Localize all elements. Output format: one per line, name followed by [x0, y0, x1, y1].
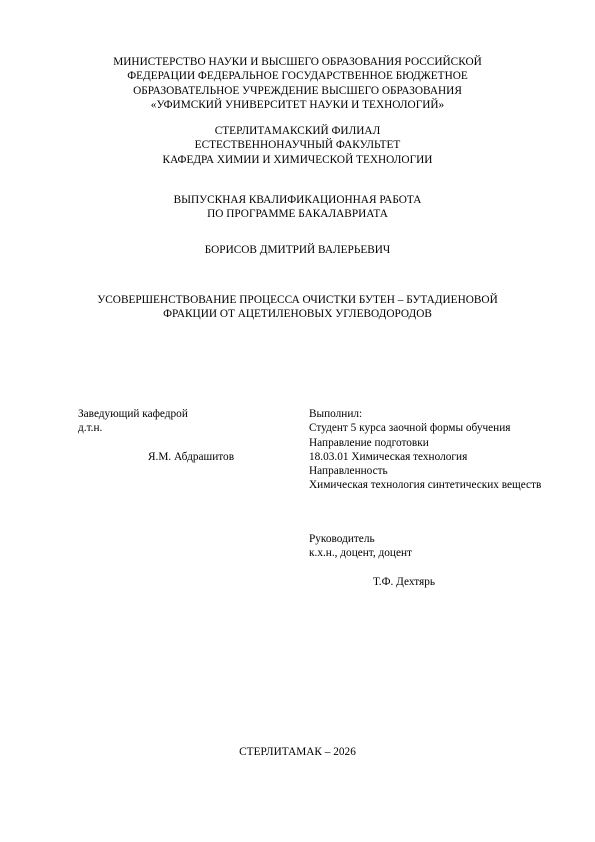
ministry-line: ФЕДЕРАЦИИ ФЕДЕРАЛЬНОЕ ГОСУДАРСТВЕННОЕ БЮ… [0, 69, 595, 83]
performer-line: Направленность [309, 464, 541, 478]
department-line: КАФЕДРА ХИМИИ И ХИМИЧЕСКОЙ ТЕХНОЛОГИИ [0, 153, 595, 167]
head-name-block: Я.М. Абдрашитов [148, 450, 234, 464]
performer-line: 18.03.01 Химическая технология [309, 450, 541, 464]
head-of-department-block: Заведующий кафедрой д.т.н. [78, 407, 188, 436]
work-type-line: ВЫПУСКНАЯ КВАЛИФИКАЦИОННАЯ РАБОТА [0, 193, 595, 207]
head-name: Я.М. Абдрашитов [148, 450, 234, 464]
work-type-line: ПО ПРОГРАММЕ БАКАЛАВРИАТА [0, 207, 595, 221]
faculty-line: ЕСТЕСТВЕННОНАУЧНЫЙ ФАКУЛЬТЕТ [0, 138, 595, 152]
branch-header: СТЕРЛИТАМАКСКИЙ ФИЛИАЛ ЕСТЕСТВЕННОНАУЧНЫ… [0, 124, 595, 167]
ministry-line: МИНИСТЕРСТВО НАУКИ И ВЫСШЕГО ОБРАЗОВАНИЯ… [0, 55, 595, 69]
supervisor-name: Т.Ф. Дехтярь [373, 575, 435, 589]
supervisor-name-block: Т.Ф. Дехтярь [373, 575, 435, 589]
branch-line: СТЕРЛИТАМАКСКИЙ ФИЛИАЛ [0, 124, 595, 138]
performer-line: Направление подготовки [309, 436, 541, 450]
performer-block: Выполнил: Студент 5 курса заочной формы … [309, 407, 541, 493]
thesis-title-line: ФРАКЦИИ ОТ АЦЕТИЛЕНОВЫХ УГЛЕВОДОРОДОВ [0, 307, 595, 321]
author-name: БОРИСОВ ДМИТРИЙ ВАЛЕРЬЕВИЧ [0, 243, 595, 257]
author-line: БОРИСОВ ДМИТРИЙ ВАЛЕРЬЕВИЧ [0, 243, 595, 257]
thesis-title-line: УСОВЕРШЕНСТВОВАНИЕ ПРОЦЕССА ОЧИСТКИ БУТЕ… [0, 293, 595, 307]
footer: СТЕРЛИТАМАК – 2026 [0, 745, 595, 759]
work-type: ВЫПУСКНАЯ КВАЛИФИКАЦИОННАЯ РАБОТА ПО ПРО… [0, 193, 595, 222]
performer-line: Химическая технология синтетических веще… [309, 478, 541, 492]
performer-line: Студент 5 курса заочной формы обучения [309, 421, 541, 435]
head-role: Заведующий кафедрой [78, 407, 188, 421]
supervisor-block: Руководитель к.х.н., доцент, доцент [309, 532, 412, 561]
head-degree: д.т.н. [78, 421, 188, 435]
supervisor-degree: к.х.н., доцент, доцент [309, 546, 412, 560]
thesis-title: УСОВЕРШЕНСТВОВАНИЕ ПРОЦЕССА ОЧИСТКИ БУТЕ… [0, 293, 595, 322]
ministry-line: ОБРАЗОВАТЕЛЬНОЕ УЧРЕЖДЕНИЕ ВЫСШЕГО ОБРАЗ… [0, 84, 595, 98]
performer-label: Выполнил: [309, 407, 541, 421]
ministry-line: «УФИМСКИЙ УНИВЕРСИТЕТ НАУКИ И ТЕХНОЛОГИЙ… [0, 98, 595, 112]
supervisor-label: Руководитель [309, 532, 412, 546]
ministry-header: МИНИСТЕРСТВО НАУКИ И ВЫСШЕГО ОБРАЗОВАНИЯ… [0, 55, 595, 112]
city-year: СТЕРЛИТАМАК – 2026 [0, 745, 595, 759]
